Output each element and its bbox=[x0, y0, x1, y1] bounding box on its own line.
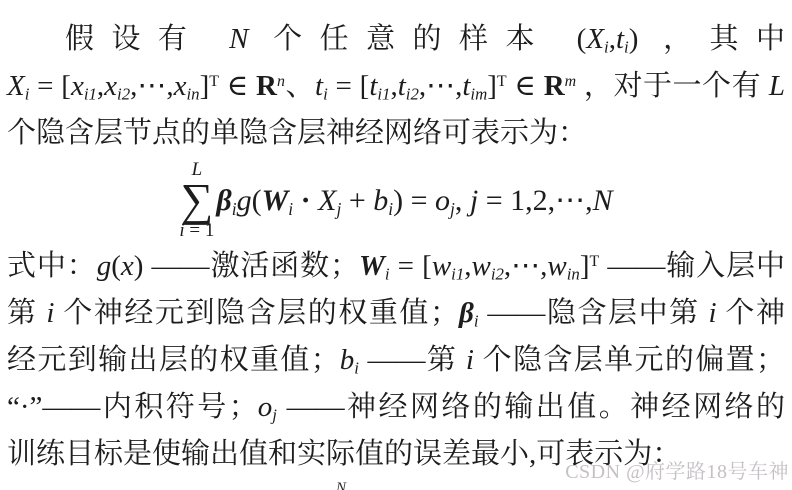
text-segment: ——神经网络的输出值。神经网络的 bbox=[277, 391, 785, 423]
text-segment bbox=[248, 23, 273, 55]
text-segment: T bbox=[590, 253, 600, 270]
text-segment: ) = bbox=[393, 184, 435, 217]
text-line-1: 假设有 N 个任意的样本 (Xi,ti) ，其中 bbox=[7, 16, 785, 63]
text-segment: , bbox=[390, 70, 397, 102]
text-segment: ( bbox=[552, 23, 586, 55]
text-segment: = 1,2,⋯, bbox=[478, 184, 592, 217]
text-segment: X bbox=[586, 23, 604, 55]
paragraph-1: 假设有 N 个任意的样本 (Xi,ti) ，其中 Xi = [xi1,xi2,⋯… bbox=[7, 16, 785, 157]
text-segment: W bbox=[359, 250, 385, 282]
text-segment: ] bbox=[487, 70, 497, 102]
text-segment: g bbox=[97, 250, 112, 282]
text-segment: ,⋯, bbox=[504, 250, 548, 282]
text-segment: w bbox=[432, 250, 451, 282]
sigma-icon: ∑ bbox=[180, 179, 213, 220]
text-segment: t bbox=[315, 70, 323, 102]
next-formula-partial-n: N bbox=[336, 481, 346, 490]
text-segment: β bbox=[216, 184, 231, 217]
text-segment: x bbox=[174, 70, 187, 102]
text-segment: in bbox=[567, 265, 580, 284]
text-segment: N bbox=[593, 184, 613, 217]
text-segment: + bbox=[341, 184, 373, 217]
text-segment: X bbox=[318, 184, 336, 217]
text-segment: j bbox=[470, 184, 478, 217]
text-segment: ，其中 bbox=[663, 23, 785, 55]
text-segment: 个神 bbox=[717, 297, 785, 329]
text-segment: ——输入层中 bbox=[599, 250, 785, 282]
text-segment: i bbox=[709, 297, 717, 329]
csdn-watermark: CSDN @府学路18号车神 bbox=[565, 460, 789, 484]
text-segment: n bbox=[277, 73, 285, 90]
text-segment: 个隐含层节点的单隐含层神经网络可表示为： bbox=[7, 117, 587, 149]
text-segment: w bbox=[471, 250, 490, 282]
text-segment: b bbox=[373, 184, 388, 217]
text-segment: ——隐含层中第 bbox=[479, 297, 709, 329]
formula-elm-output: L ∑ i = 1 βig(Wi · Xj + bi) = oj, j = 1,… bbox=[7, 157, 785, 243]
text-segment: ，对于一个有 bbox=[576, 70, 769, 102]
text-segment: = [ bbox=[29, 70, 71, 102]
text-segment: ( bbox=[252, 184, 262, 217]
text-segment: 假设有 bbox=[65, 23, 204, 55]
summation-symbol: L ∑ i = 1 bbox=[179, 160, 214, 239]
text-segment: i2 bbox=[406, 85, 419, 104]
text-segment: ( bbox=[111, 250, 121, 282]
text-segment: 经元到输出层的权重值； bbox=[7, 344, 340, 376]
text-segment: “·”——内积符号； bbox=[7, 391, 258, 423]
text-segment: t bbox=[616, 23, 624, 55]
text-segment: 个隐含层单元的偏置； bbox=[474, 344, 785, 376]
text-segment: R bbox=[544, 70, 565, 102]
text-segment: o bbox=[258, 391, 273, 423]
text-segment: ) bbox=[629, 23, 663, 55]
text-segment: ] bbox=[200, 70, 210, 102]
text-segment: i1 bbox=[84, 85, 97, 104]
text-segment: i2 bbox=[491, 265, 504, 284]
paragraph-2: 式中：g(x) ——激活函数；Wi = [wi1,wi2,⋯,win]T ——输… bbox=[7, 243, 785, 478]
text-segment bbox=[204, 23, 229, 55]
text-segment: 式中： bbox=[7, 250, 97, 282]
text-segment: g bbox=[237, 184, 252, 217]
text-segment: im bbox=[470, 85, 487, 104]
formula-expression: βig(Wi · Xj + bi) = oj, j = 1,2,⋯,N bbox=[216, 183, 612, 218]
text-segment: i1 bbox=[377, 85, 390, 104]
text-segment: T bbox=[209, 73, 219, 90]
text-segment: = [ bbox=[328, 70, 370, 102]
text-segment: · bbox=[293, 184, 318, 217]
text-segment: = [ bbox=[390, 250, 432, 282]
text-segment: ,⋯, bbox=[419, 70, 463, 102]
text-segment: o bbox=[435, 184, 450, 217]
text-segment: i1 bbox=[451, 265, 464, 284]
text-segment: 第 bbox=[7, 297, 46, 329]
text-line-5: 第 i 个神经元到隐含层的权重值；βi ——隐含层中第 i 个神 bbox=[7, 290, 785, 337]
text-segment: N bbox=[229, 23, 248, 55]
text-segment: ] bbox=[580, 250, 590, 282]
text-line-7: “·”——内积符号；oj ——神经网络的输出值。神经网络的 bbox=[7, 384, 785, 431]
text-segment: w bbox=[547, 250, 566, 282]
text-segment: L bbox=[769, 70, 785, 102]
text-segment: R bbox=[256, 70, 277, 102]
text-segment: 个任意的样本 bbox=[273, 23, 552, 55]
text-segment: , bbox=[455, 184, 470, 217]
text-segment: ——第 bbox=[359, 344, 466, 376]
text-segment: x bbox=[104, 70, 117, 102]
text-segment: ,⋯, bbox=[130, 70, 174, 102]
text-segment: 、 bbox=[285, 70, 315, 102]
text-segment: W bbox=[262, 184, 289, 217]
text-segment: ) bbox=[134, 250, 144, 282]
text-segment: in bbox=[187, 85, 200, 104]
text-segment: = 1 bbox=[185, 220, 215, 241]
sum-lower-limit: i = 1 bbox=[179, 221, 214, 240]
text-segment: m bbox=[565, 73, 577, 90]
text-line-4: 式中：g(x) ——激活函数；Wi = [wi1,wi2,⋯,win]T ——输… bbox=[7, 243, 785, 290]
text-segment: 个神经元到隐含层的权重值； bbox=[54, 297, 459, 329]
text-segment: x bbox=[121, 250, 134, 282]
text-segment: T bbox=[497, 73, 507, 90]
text-segment: ∈ bbox=[507, 70, 544, 102]
text-segment: ∈ bbox=[219, 70, 256, 102]
text-line-6: 经元到输出层的权重值；bi ——第 i 个隐含层单元的偏置； bbox=[7, 337, 785, 384]
text-segment: β bbox=[459, 297, 474, 329]
text-segment: b bbox=[340, 344, 355, 376]
document-page: 假设有 N 个任意的样本 (Xi,ti) ，其中 Xi = [xi1,xi2,⋯… bbox=[0, 0, 792, 490]
text-segment: i bbox=[466, 344, 474, 376]
text-segment: , bbox=[609, 23, 616, 55]
text-line-2: Xi = [xi1,xi2,⋯,xin]T ∈ Rn、ti = [ti1,ti2… bbox=[7, 63, 785, 110]
text-segment: i2 bbox=[117, 85, 130, 104]
text-segment: x bbox=[71, 70, 84, 102]
text-segment: X bbox=[7, 70, 25, 102]
text-segment: ——激活函数； bbox=[143, 250, 359, 282]
text-segment: t bbox=[398, 70, 406, 102]
text-line-3: 个隐含层节点的单隐含层神经网络可表示为： bbox=[7, 110, 785, 157]
